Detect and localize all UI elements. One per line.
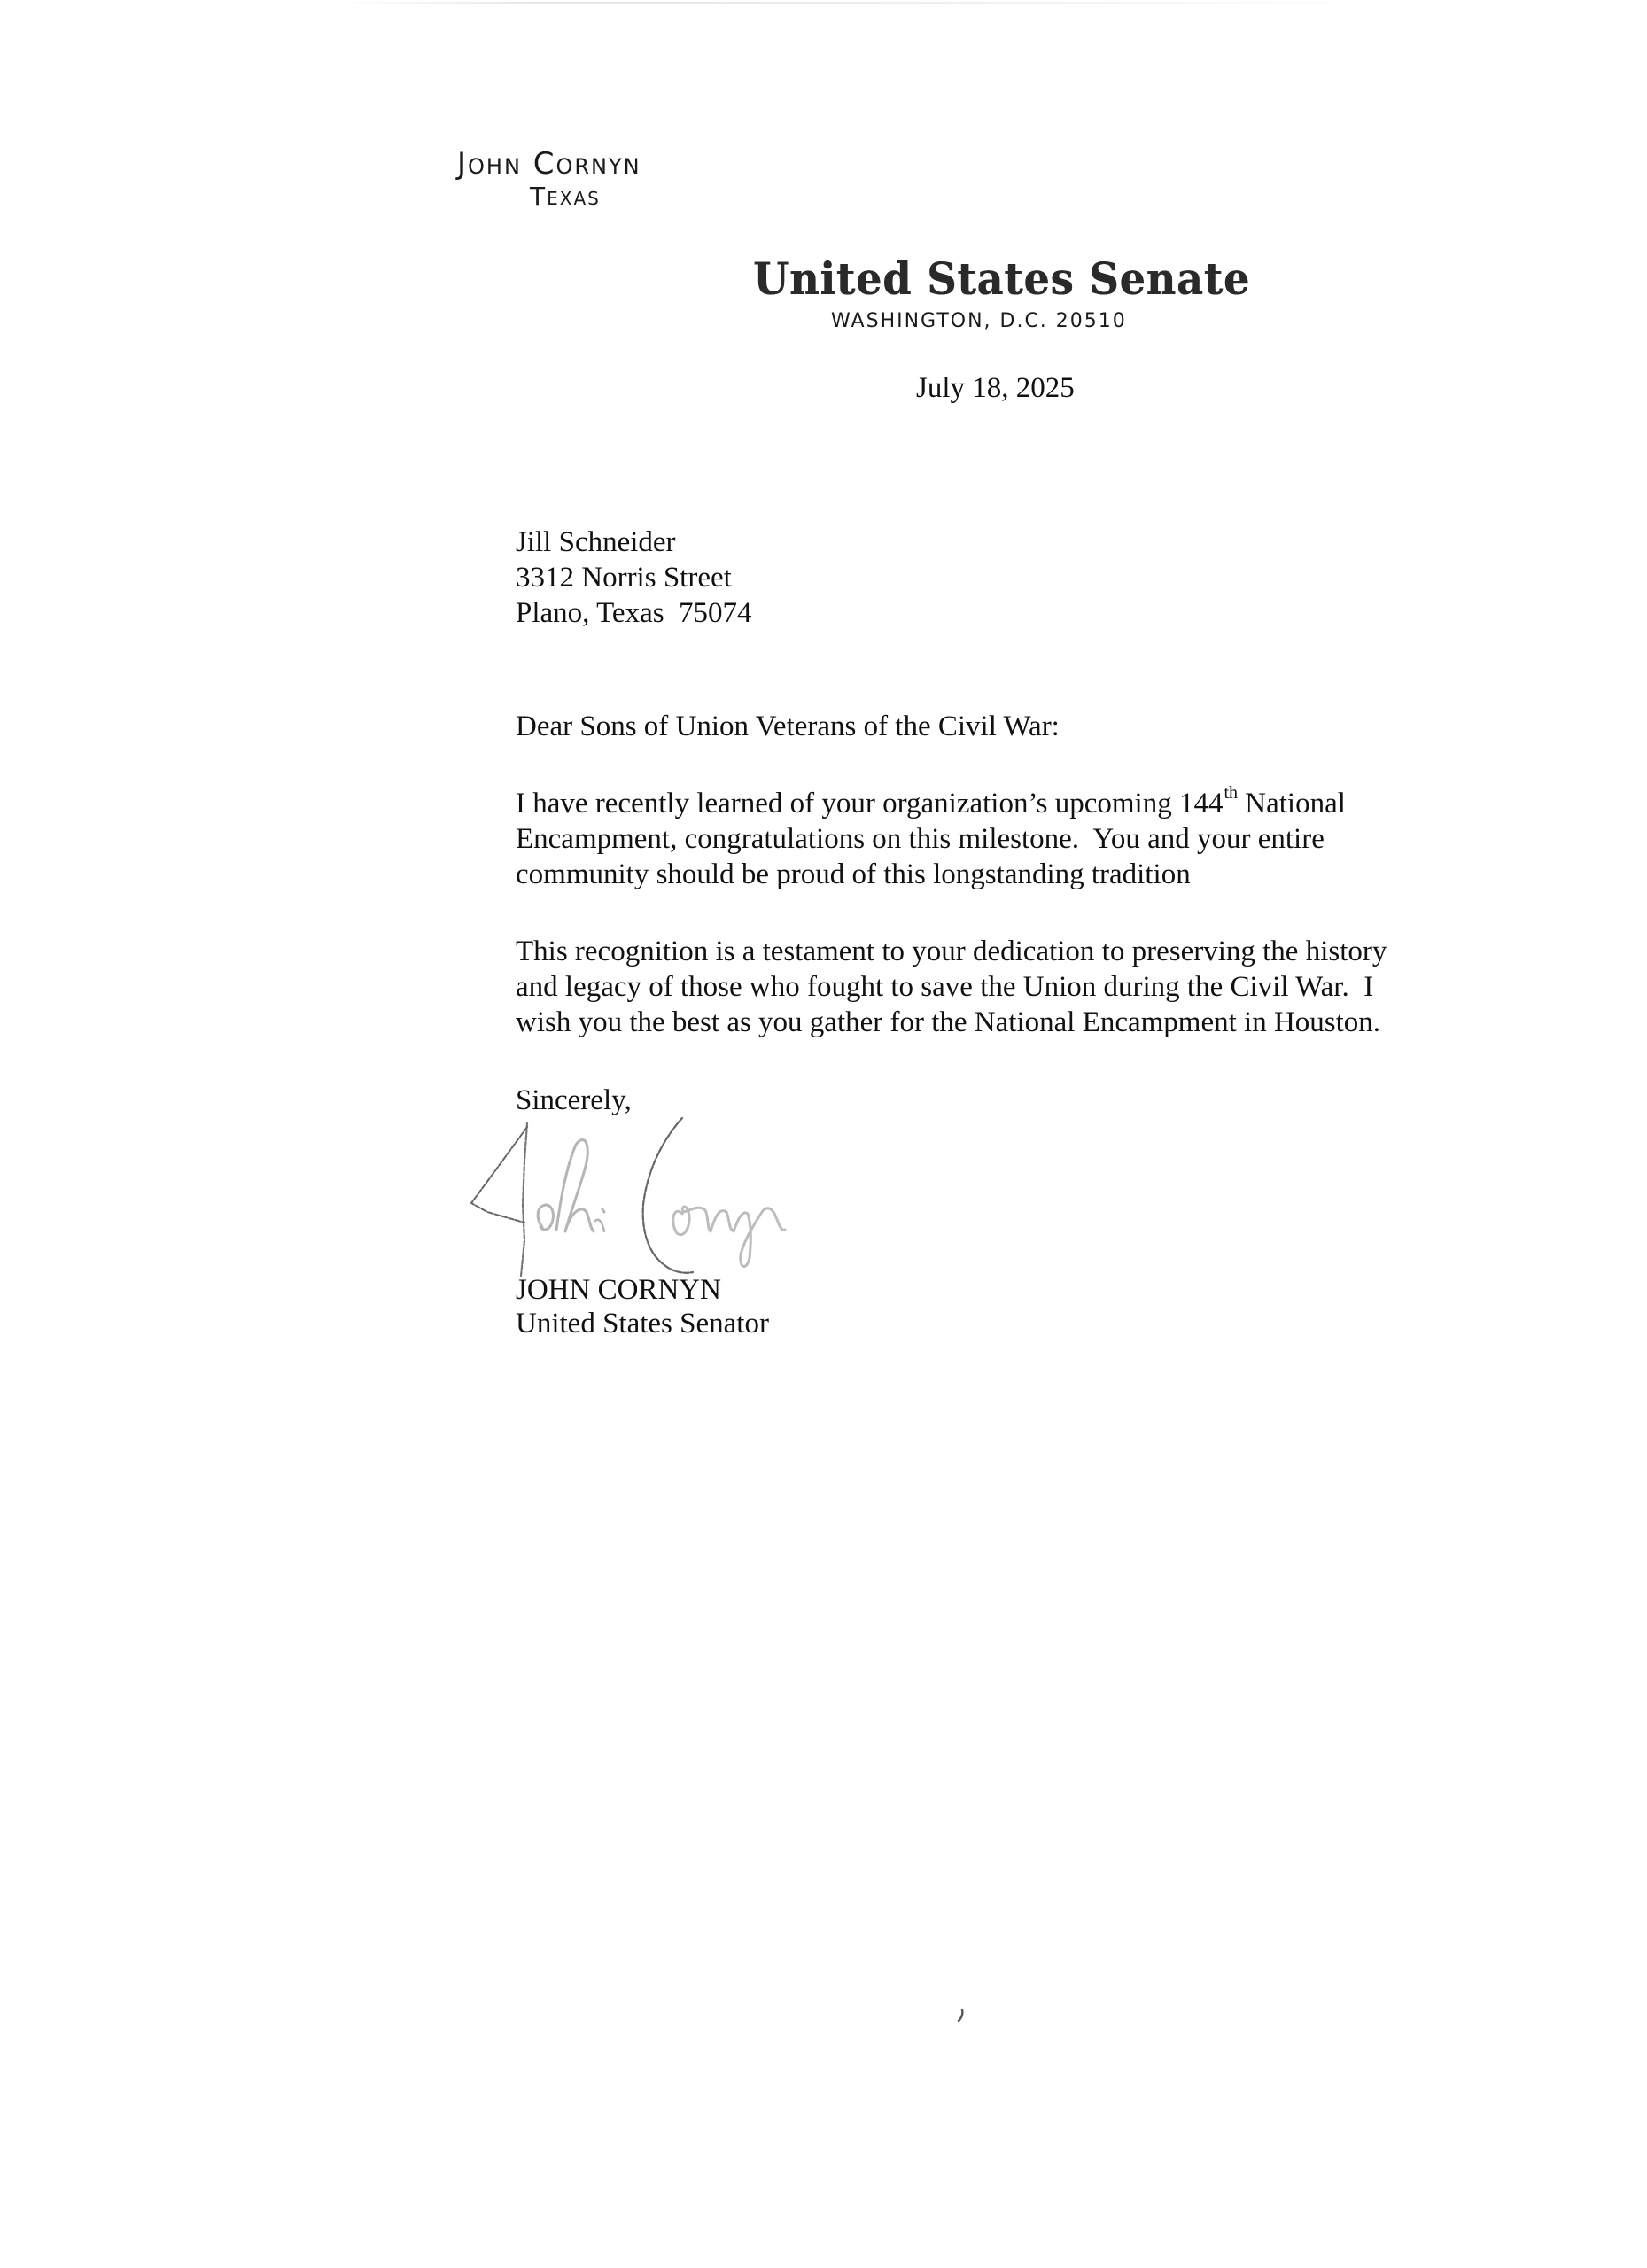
- scan-artifact-line: [337, 2, 1400, 4]
- letterhead-institution: United States Senate: [753, 257, 1217, 301]
- paragraph-line: I have recently learned of your organiza…: [516, 786, 1346, 821]
- recipient-name: Jill Schneider: [516, 524, 752, 560]
- letterhead-state: Texas: [530, 184, 601, 209]
- letter-page: John Cornyn Texas United States Senate W…: [0, 0, 1647, 2268]
- recipient-street: 3312 Norris Street: [516, 560, 752, 595]
- recipient-city-state-zip: Plano, Texas 75074: [516, 595, 752, 631]
- signer-name: JOHN CORNYN: [516, 1272, 769, 1306]
- ordinal-suffix: th: [1224, 783, 1238, 803]
- line-text: National: [1238, 788, 1346, 819]
- paragraph-line: This recognition is a testament to your …: [516, 934, 1387, 969]
- paragraph-line: and legacy of those who fought to save t…: [516, 969, 1387, 1005]
- recipient-address-block: Jill Schneider 3312 Norris Street Plano,…: [516, 524, 752, 631]
- paragraph-line: community should be proud of this longst…: [516, 857, 1346, 892]
- line-text: I have recently learned of your organiza…: [516, 788, 1223, 819]
- paragraph-line: Encampment, congratulations on this mile…: [516, 821, 1346, 857]
- salutation: Dear Sons of Union Veterans of the Civil…: [516, 709, 1060, 744]
- letter-date: July 18, 2025: [916, 370, 1075, 406]
- signer-block: JOHN CORNYN United States Senator: [516, 1272, 769, 1340]
- scan-speck-mark: [957, 2009, 964, 2022]
- body-paragraph-2: This recognition is a testament to your …: [516, 934, 1387, 1040]
- paragraph-line: wish you the best as you gather for the …: [516, 1005, 1387, 1040]
- signer-title: United States Senator: [516, 1306, 769, 1340]
- letterhead-address: WASHINGTON, D.C. 20510: [831, 312, 1127, 331]
- letterhead-senator-name: John Cornyn: [457, 149, 641, 179]
- body-paragraph-1: I have recently learned of your organiza…: [516, 786, 1346, 892]
